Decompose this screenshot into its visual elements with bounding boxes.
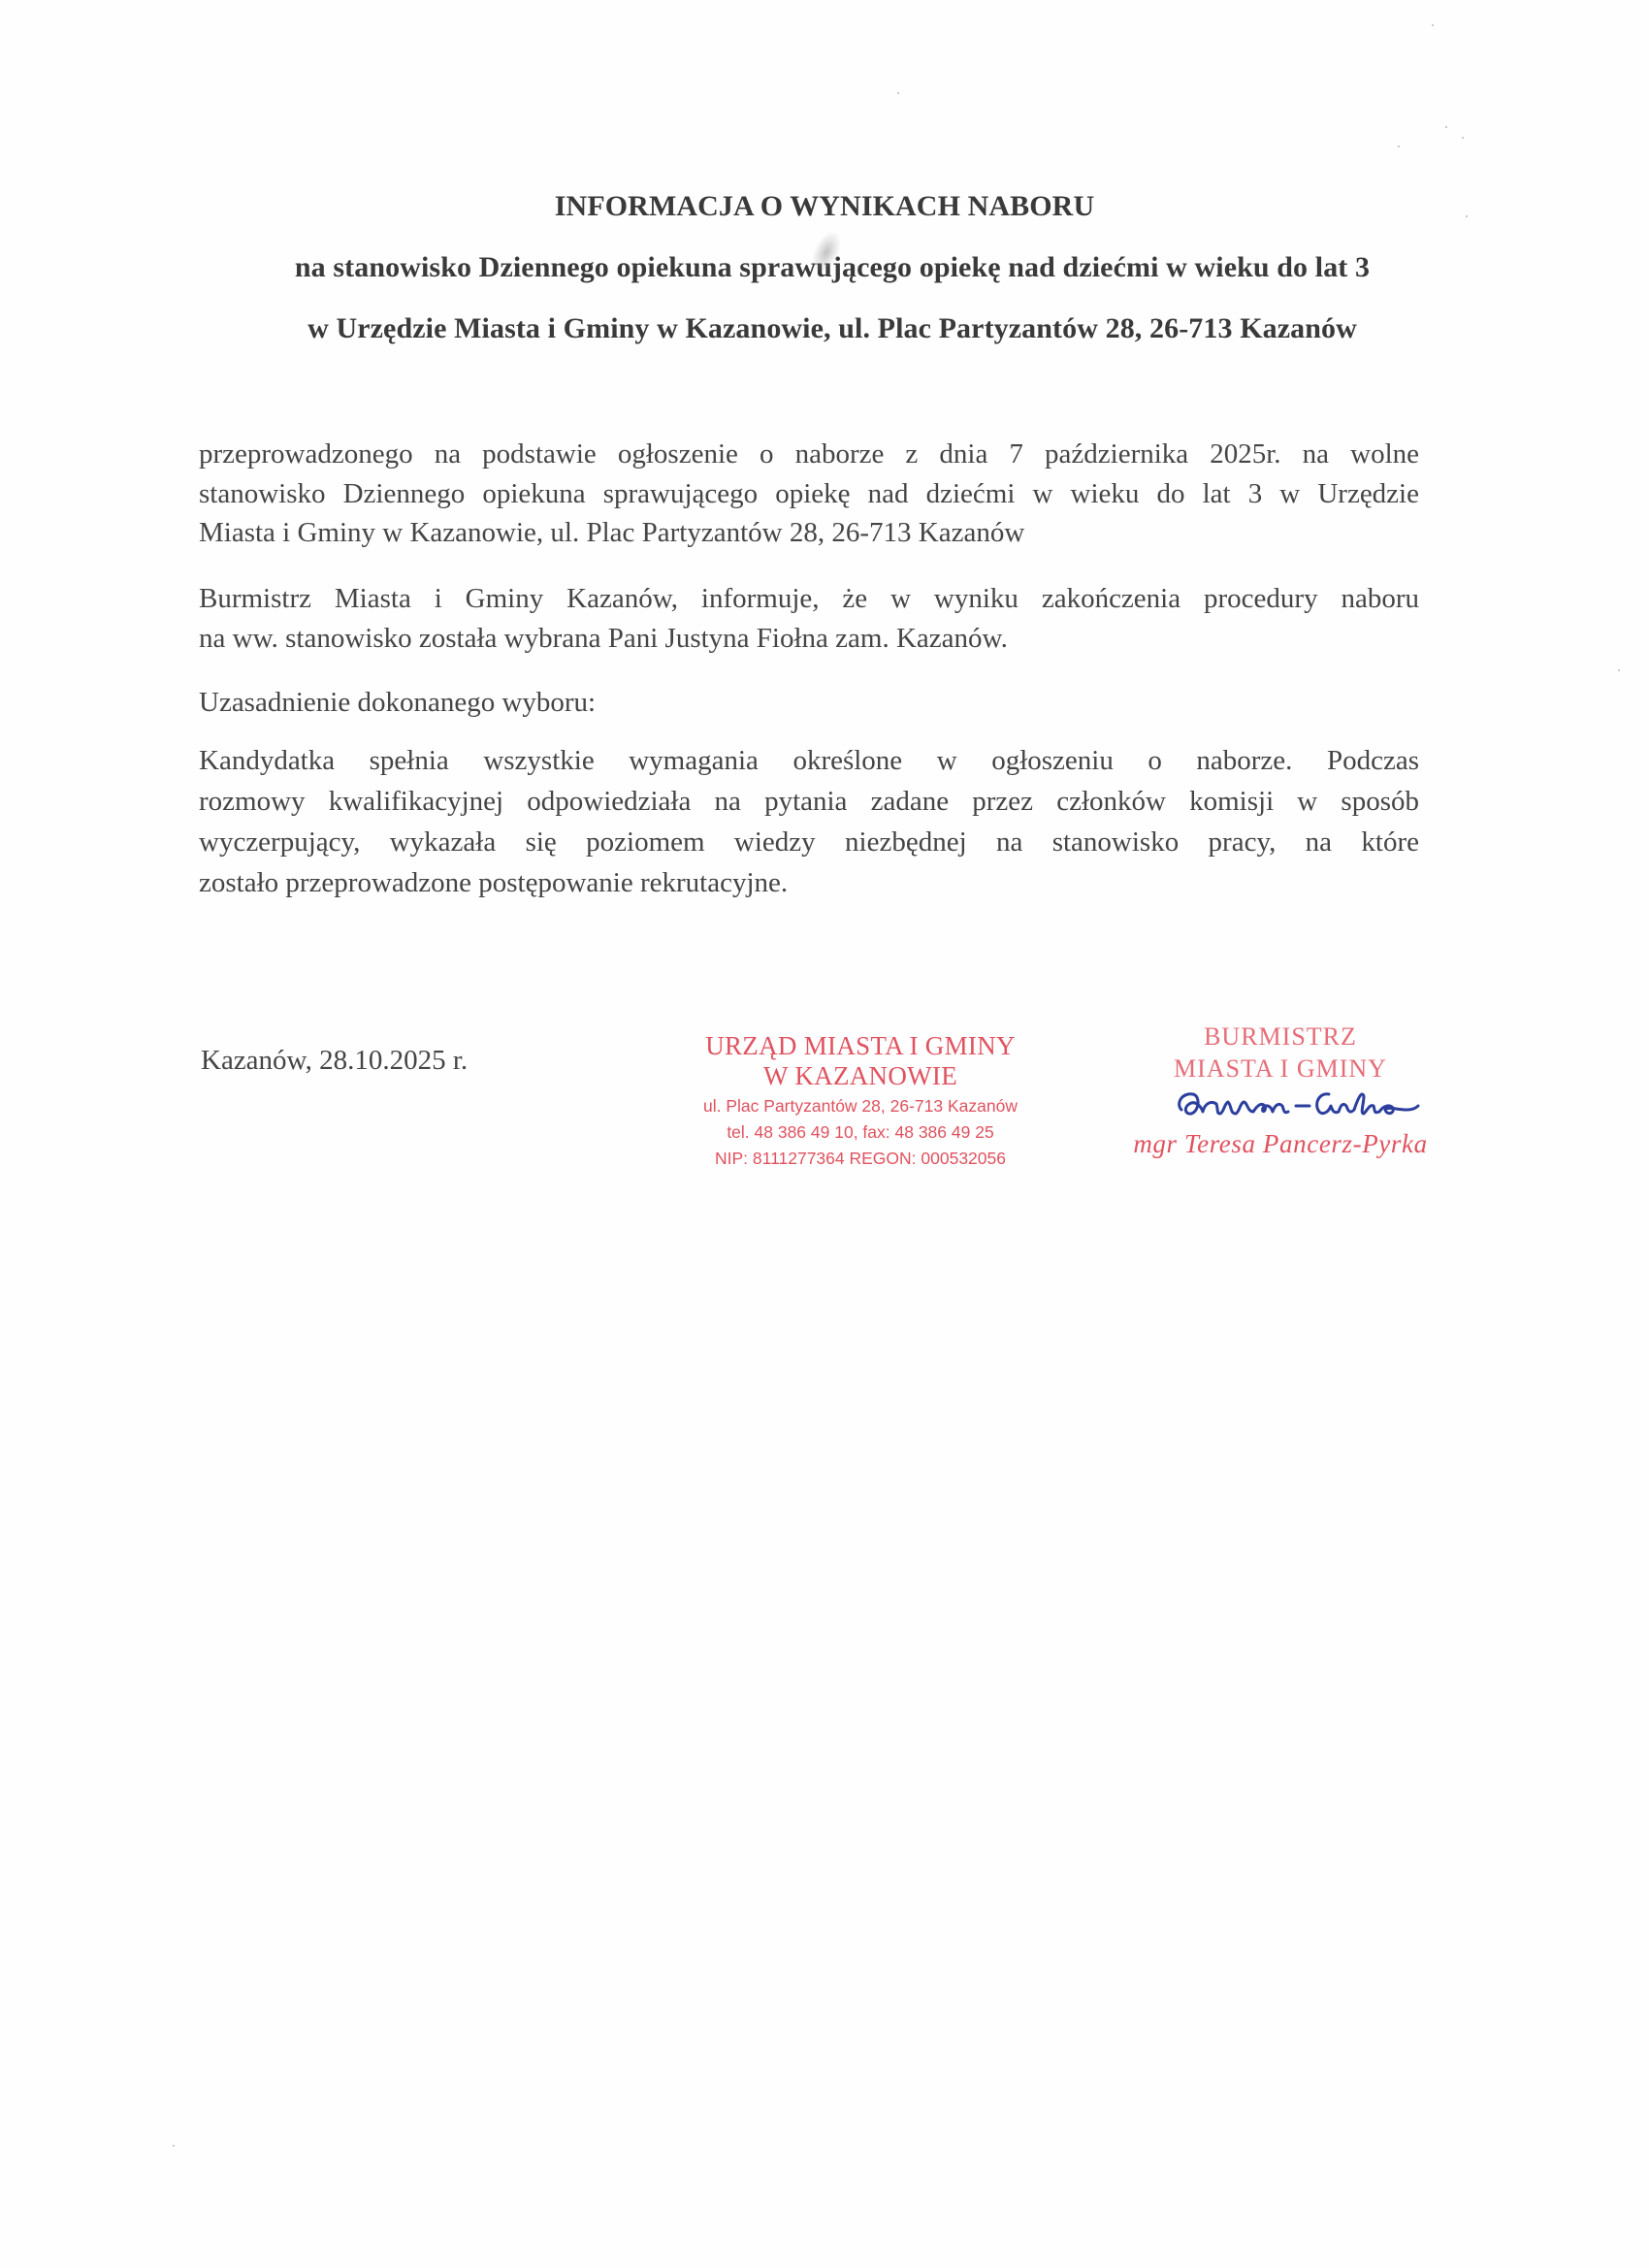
intro-line: stanowisko Dziennego opiekuna sprawujące…	[199, 474, 1419, 514]
place-and-date: Kazanów, 28.10.2025 r.	[201, 1045, 468, 1077]
office-stamp-ids: NIP: 8111277364 REGON: 000532056	[666, 1146, 1054, 1172]
justification-line: Kandydatka spełnia wszystkie wymagania o…	[199, 740, 1419, 781]
mayor-name: mgr Teresa Pancerz-Pyrka	[1096, 1129, 1465, 1158]
signature-icon	[1174, 1085, 1426, 1131]
document-page: INFORMACJA O WYNIKACH NABORU na stanowis…	[0, 0, 1649, 2268]
justification-line: rozmowy kwalifikacyjnej odpowiedziała na…	[199, 781, 1419, 822]
office-stamp-address: ul. Plac Partyzantów 28, 26-713 Kazanów	[666, 1093, 1054, 1119]
intro-line: Miasta i Gminy w Kazanowie, ul. Plac Par…	[199, 513, 1419, 553]
scan-speck	[1466, 215, 1468, 217]
justification-label: Uzasadnienie dokonanego wyboru:	[199, 683, 1419, 723]
justification-line: wyczerpujący, wykazała się poziomem wied…	[199, 822, 1419, 862]
office-stamp: URZĄD MIASTA I GMINY W KAZANOWIE ul. Pla…	[666, 1031, 1054, 1172]
intro-line: przeprowadzonego na podstawie ogłoszenie…	[199, 435, 1419, 474]
scan-speck	[173, 2145, 175, 2147]
office-stamp-contact: tel. 48 386 49 10, fax: 48 386 49 25	[666, 1119, 1054, 1146]
document-subtitle-office: w Urzędzie Miasta i Gminy w Kazanowie, u…	[8, 312, 1649, 345]
scan-speck	[1445, 126, 1447, 128]
justification-line: zostało przeprowadzone postępowanie rekr…	[199, 862, 1419, 903]
intro-paragraph: przeprowadzonego na podstawie ogłoszenie…	[199, 435, 1419, 553]
document-title: INFORMACJA O WYNIKACH NABORU	[0, 190, 1649, 223]
mayor-stamp-line2: MIASTA I GMINY	[1096, 1053, 1465, 1085]
scan-speck	[1432, 24, 1434, 26]
mayor-stamp: BURMISTRZ MIASTA I GMINY mgr Teresa Panc…	[1096, 1021, 1465, 1158]
scan-speck	[1462, 137, 1464, 139]
decision-line: Burmistrz Miasta i Gminy Kazanów, inform…	[199, 579, 1419, 619]
scan-speck	[1398, 146, 1400, 147]
decision-line: na ww. stanowisko została wybrana Pani J…	[199, 619, 1419, 659]
mayor-stamp-line1: BURMISTRZ	[1096, 1021, 1465, 1053]
handwritten-signature	[1135, 1085, 1426, 1129]
decision-paragraph: Burmistrz Miasta i Gminy Kazanów, inform…	[199, 579, 1419, 658]
office-stamp-line2: W KAZANOWIE	[666, 1061, 1054, 1091]
office-stamp-line1: URZĄD MIASTA I GMINY	[666, 1031, 1054, 1061]
scan-speck	[1618, 669, 1620, 671]
justification-paragraph: Kandydatka spełnia wszystkie wymagania o…	[199, 740, 1419, 903]
scan-speck	[897, 92, 899, 94]
